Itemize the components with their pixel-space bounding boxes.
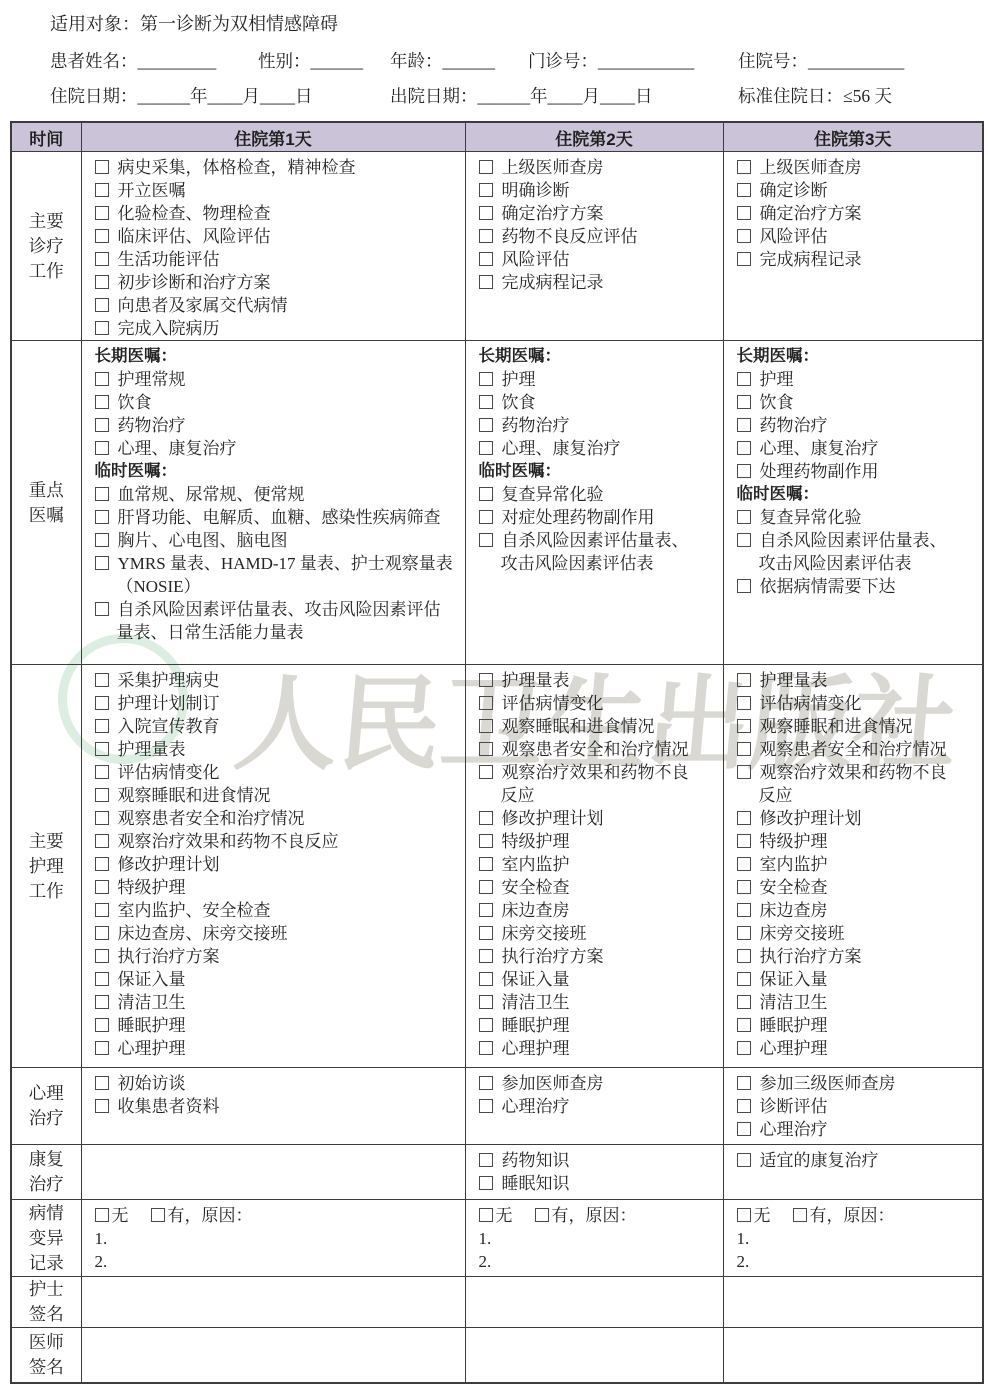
checklist-item: 保证入量 (479, 968, 693, 991)
checkbox[interactable] (95, 880, 109, 894)
numbered-blank-line: 2. (95, 1250, 457, 1273)
checkbox[interactable] (737, 765, 751, 779)
checklist-item-label: 明确诊断 (502, 181, 570, 200)
checklist-item-label: 采集护理病史 (118, 671, 220, 690)
checklist-item-label: 观察睡眠和进食情况 (760, 717, 913, 736)
order-type-heading: 长期医嘱： (737, 345, 953, 368)
checkbox[interactable] (479, 949, 493, 963)
checklist-item-label: 心理治疗 (760, 1120, 828, 1139)
checklist-item-label: 床边查房 (760, 901, 828, 920)
checklist-item-label: 特级护理 (760, 832, 828, 851)
checklist-item: 药物治疗 (737, 414, 953, 437)
col-header-day1: 住院第1天 (81, 122, 465, 152)
checklist-item: 护理量表 (479, 669, 693, 692)
section-label-line: 医师 (14, 1330, 79, 1355)
checklist-item-label: 执行治疗方案 (118, 947, 220, 966)
checklist-item-label: YMRS 量表、HAMD-17 量表、护士观察量表（NOSIE） (117, 554, 453, 596)
checklist-item-label: 护理量表 (502, 671, 570, 690)
cell-nurse-signature-day2 (465, 1277, 723, 1328)
checklist-item-label: 观察睡眠和进食情况 (118, 786, 271, 805)
order-type-heading: 临时医嘱： (95, 460, 457, 483)
checklist-item-label: 睡眠护理 (760, 1016, 828, 1035)
checkbox[interactable] (479, 696, 493, 710)
section-label-line: 重点 (14, 478, 79, 503)
section-label-nurse-signature: 护士签名 (11, 1277, 81, 1328)
checkbox[interactable] (737, 418, 751, 432)
checkbox[interactable] (95, 719, 109, 733)
checkbox[interactable] (479, 160, 493, 174)
section-label-line: 医嘱 (14, 503, 79, 528)
section-label-line: 变异 (14, 1226, 79, 1251)
variation-options: 无有，原因： (479, 1204, 693, 1227)
checkbox[interactable] (95, 926, 109, 940)
checkbox[interactable] (95, 556, 109, 570)
cell-main-nursing-work-day2: 护理量表评估病情变化观察睡眠和进食情况观察患者安全和治疗情况观察治疗效果和药物不… (465, 665, 723, 1068)
checklist-item: 修改护理计划 (95, 853, 457, 876)
checklist-item-label: 心理、康复治疗 (760, 439, 879, 458)
checkbox[interactable] (479, 183, 493, 197)
checkbox[interactable] (737, 857, 751, 871)
checklist-item-label: 饮食 (760, 393, 794, 412)
checklist-item-label: 护理计划制订 (118, 694, 220, 713)
checkbox[interactable] (479, 995, 493, 1009)
checklist-item: 心理护理 (95, 1037, 457, 1060)
clinical-pathway-document: 人民卫生出版社 适用对象：第一诊断为双相情感障碍 患者姓名：_________性… (0, 0, 988, 1392)
checklist-item: 适宜的康复治疗 (737, 1149, 953, 1172)
checklist-item-label: 初始访谈 (118, 1074, 186, 1093)
checklist-item: 确定诊断 (737, 179, 953, 202)
checkbox[interactable] (737, 1018, 751, 1032)
checkbox[interactable] (737, 1153, 751, 1167)
checkbox[interactable] (95, 903, 109, 917)
checklist-item: 心理治疗 (737, 1118, 953, 1141)
section-label-psychotherapy: 心理治疗 (11, 1068, 81, 1145)
section-label-line: 治疗 (14, 1172, 79, 1197)
checklist-item-label: 床旁交接班 (502, 924, 587, 943)
checklist-item-label: 向患者及家属交代病情 (118, 296, 288, 315)
option-yes-label: 有，原因： (168, 1206, 253, 1225)
checkbox[interactable] (95, 1076, 109, 1090)
cell-nurse-signature-day3 (723, 1277, 983, 1328)
checkbox[interactable] (95, 298, 109, 312)
checklist-item-label: 风险评估 (502, 250, 570, 269)
checkbox[interactable] (793, 1208, 807, 1222)
checkbox[interactable] (95, 1018, 109, 1032)
checkbox[interactable] (737, 811, 751, 825)
checklist-item-label: 开立医嘱 (118, 181, 186, 200)
checkbox[interactable] (95, 275, 109, 289)
checkbox[interactable] (95, 857, 109, 871)
checkbox[interactable] (479, 765, 493, 779)
checkbox[interactable] (479, 275, 493, 289)
checklist-item: 完成病程记录 (737, 248, 953, 271)
checkbox[interactable] (95, 533, 109, 547)
checklist-item: 药物治疗 (95, 414, 457, 437)
checklist-item: 入院宣传教育 (95, 715, 457, 738)
checkbox[interactable] (479, 487, 493, 501)
checklist-item-label: 修改护理计划 (118, 855, 220, 874)
checklist-item-label: 血常规、尿常规、便常规 (118, 485, 305, 504)
checklist-item: 观察睡眠和进食情况 (479, 715, 693, 738)
checklist-item: 护理常规 (95, 368, 457, 391)
checklist-item-label: 化验检查、物理检查 (118, 204, 271, 223)
checklist-item: 诊断评估 (737, 1095, 953, 1118)
checkbox[interactable] (479, 395, 493, 409)
section-label-line: 诊疗 (14, 234, 79, 259)
checkbox[interactable] (479, 903, 493, 917)
checkbox[interactable] (95, 183, 109, 197)
checkbox[interactable] (737, 1099, 751, 1113)
checklist-item: 保证入量 (95, 968, 457, 991)
checklist-item: 风险评估 (479, 248, 693, 271)
checkbox[interactable] (479, 880, 493, 894)
checklist-item-label: 观察治疗效果和药物不良反应 (501, 763, 689, 805)
checkbox[interactable] (479, 206, 493, 220)
checkbox[interactable] (95, 372, 109, 386)
cell-doctor-signature-day3 (723, 1328, 983, 1383)
section-label-doctor-signature: 医师签名 (11, 1328, 81, 1383)
option-none-label: 无 (112, 1206, 129, 1225)
checkbox[interactable] (737, 395, 751, 409)
checkbox[interactable] (737, 673, 751, 687)
checkbox[interactable] (535, 1208, 549, 1222)
section-label-line: 治疗 (14, 1106, 79, 1131)
checklist-item-label: 执行治疗方案 (502, 947, 604, 966)
section-label-key-orders: 重点医嘱 (11, 341, 81, 665)
table-header-row: 时间 住院第1天 住院第2天 住院第3天 (11, 122, 983, 152)
checkbox[interactable] (737, 972, 751, 986)
numbered-blank-line: 1. (95, 1227, 457, 1250)
checklist-item-label: 临床评估、风险评估 (118, 227, 271, 246)
checkbox[interactable] (479, 1041, 493, 1055)
checklist-item-label: 睡眠护理 (118, 1016, 186, 1035)
numbered-blank-line: 2. (479, 1250, 693, 1273)
checkbox[interactable] (95, 510, 109, 524)
checklist-item: 安全检查 (737, 876, 953, 899)
cell-doctor-signature-day1 (81, 1328, 465, 1383)
checkbox[interactable] (737, 926, 751, 940)
checkbox[interactable] (151, 1208, 165, 1222)
checklist-item-label: 风险评估 (760, 227, 828, 246)
checkbox[interactable] (479, 1099, 493, 1113)
checkbox[interactable] (95, 229, 109, 243)
checkbox[interactable] (95, 1041, 109, 1055)
numbered-blank-line: 2. (737, 1250, 953, 1273)
section-label-line: 记录 (14, 1251, 79, 1276)
checkbox[interactable] (737, 995, 751, 1009)
checkbox[interactable] (479, 742, 493, 756)
checklist-item: 完成入院病历 (95, 317, 457, 340)
checklist-item-label: 保证入量 (118, 970, 186, 989)
checklist-item-label: 执行治疗方案 (760, 947, 862, 966)
checklist-item: 收集患者资料 (95, 1095, 457, 1118)
section-label-line: 心理 (14, 1081, 79, 1106)
col-header-time: 时间 (11, 122, 81, 152)
checklist-item-label: 确定治疗方案 (760, 204, 862, 223)
checkbox[interactable] (479, 510, 493, 524)
checklist-item-label: 修改护理计划 (760, 809, 862, 828)
checklist-item-label: 胸片、心电图、脑电图 (118, 531, 288, 550)
checklist-item: 室内监护 (479, 853, 693, 876)
checklist-item-label: 清洁卫生 (118, 993, 186, 1012)
checklist-item-label: 自杀风险因素评估量表、攻击风险因素评估表 (501, 531, 689, 573)
checklist-item: 睡眠护理 (737, 1014, 953, 1037)
checkbox[interactable] (737, 719, 751, 733)
section-label-line: 工作 (14, 259, 79, 284)
cell-variation-record-day2: 无有，原因：1.2. (465, 1200, 723, 1277)
cell-key-orders-day3: 长期医嘱：护理饮食药物治疗心理、康复治疗处理药物副作用临时医嘱：复查异常化验自杀… (723, 341, 983, 665)
section-label-line: 签名 (14, 1302, 79, 1327)
variation-options: 无有，原因： (737, 1204, 953, 1227)
checklist-item-label: 自杀风险因素评估量表、攻击风险因素评估量表、日常生活能力量表 (117, 600, 441, 642)
checklist-item: 临床评估、风险评估 (95, 225, 457, 248)
checklist-item: 睡眠知识 (479, 1172, 693, 1195)
checklist-item-label: 入院宣传教育 (118, 717, 220, 736)
checklist-item: 睡眠护理 (479, 1014, 693, 1037)
checkbox[interactable] (737, 834, 751, 848)
section-label-line: 工作 (14, 879, 79, 904)
cell-key-orders-day1: 长期医嘱：护理常规饮食药物治疗心理、康复治疗临时医嘱：血常规、尿常规、便常规肝肾… (81, 341, 465, 665)
checkbox[interactable] (479, 441, 493, 455)
field-patient-name: 患者姓名：_________ (50, 48, 216, 73)
checkbox[interactable] (737, 372, 751, 386)
option-none: 无 (479, 1206, 513, 1225)
checkbox[interactable] (95, 252, 109, 266)
order-type-heading: 长期医嘱： (95, 345, 457, 368)
checklist-item-label: 病史采集，体格检查，精神检查 (118, 158, 356, 177)
checkbox[interactable] (737, 206, 751, 220)
checklist-item-label: 评估病情变化 (502, 694, 604, 713)
section-label-line: 康复 (14, 1147, 79, 1172)
checklist-item-label: 观察患者安全和治疗情况 (502, 740, 689, 759)
checklist-item: 明确诊断 (479, 179, 693, 202)
checkbox[interactable] (95, 487, 109, 501)
checklist-item: 修改护理计划 (737, 807, 953, 830)
checkbox[interactable] (737, 229, 751, 243)
checklist-item-label: 自杀风险因素评估量表、攻击风险因素评估表 (759, 531, 947, 573)
field-gender: 性别：______ (258, 48, 363, 73)
pathway-table: 时间 住院第1天 住院第2天 住院第3天 主要诊疗工作病史采集，体格检查，精神检… (10, 121, 984, 1384)
checkbox[interactable] (95, 765, 109, 779)
checklist-item-label: 饮食 (502, 393, 536, 412)
checklist-item: 修改护理计划 (479, 807, 693, 830)
checklist-item: 复查异常化验 (737, 506, 953, 529)
checklist-item: 护理 (479, 368, 693, 391)
checklist-item: 护理量表 (95, 738, 457, 761)
checklist-item: 心理、康复治疗 (95, 437, 457, 460)
checklist-item-label: 上级医师查房 (502, 158, 604, 177)
checklist-item-label: 评估病情变化 (118, 763, 220, 782)
checklist-item: 参加医师查房 (479, 1072, 693, 1095)
section-label-line: 主要 (14, 829, 79, 854)
checkbox[interactable] (737, 1122, 751, 1136)
option-none: 无 (95, 1206, 129, 1225)
checkbox[interactable] (95, 160, 109, 174)
checkbox[interactable] (479, 972, 493, 986)
checklist-item: 执行治疗方案 (479, 945, 693, 968)
checkbox[interactable] (479, 1076, 493, 1090)
checkbox[interactable] (95, 995, 109, 1009)
option-yes-label: 有，原因： (552, 1206, 637, 1225)
checklist-item-label: 观察治疗效果和药物不良反应 (759, 763, 947, 805)
checkbox[interactable] (737, 696, 751, 710)
checklist-item: 血常规、尿常规、便常规 (95, 483, 457, 506)
field-age: 年龄：______ (390, 48, 495, 73)
checkbox[interactable] (737, 1076, 751, 1090)
checkbox[interactable] (479, 673, 493, 687)
checklist-item-label: 参加医师查房 (502, 1074, 604, 1093)
checklist-item: 清洁卫生 (479, 991, 693, 1014)
order-type-heading: 临时医嘱： (479, 460, 693, 483)
checklist-item-label: 完成病程记录 (760, 250, 862, 269)
field-standard-stay: 标准住院日：≤56 天 (738, 83, 892, 108)
option-none: 无 (737, 1206, 771, 1225)
section-label-variation-record: 病情变异记录 (11, 1200, 81, 1277)
checkbox[interactable] (95, 696, 109, 710)
checkbox[interactable] (479, 719, 493, 733)
checkbox[interactable] (95, 949, 109, 963)
cell-main-nursing-work-day3: 护理量表评估病情变化观察睡眠和进食情况观察患者安全和治疗情况观察治疗效果和药物不… (723, 665, 983, 1068)
option-none-label: 无 (754, 1206, 771, 1225)
checkbox[interactable] (95, 834, 109, 848)
checklist-item: 复查异常化验 (479, 483, 693, 506)
checkbox[interactable] (737, 742, 751, 756)
checkbox[interactable] (737, 464, 751, 478)
cell-variation-record-day1: 无有，原因：1.2. (81, 1200, 465, 1277)
table-row-key-orders: 重点医嘱长期医嘱：护理常规饮食药物治疗心理、康复治疗临时医嘱：血常规、尿常规、便… (11, 341, 983, 665)
checkbox[interactable] (737, 160, 751, 174)
checkbox[interactable] (479, 857, 493, 871)
field-discharge-date: 出院日期：______年____月____日 (390, 83, 653, 108)
checkbox[interactable] (479, 372, 493, 386)
checklist-item-label: 室内监护、安全检查 (118, 901, 271, 920)
checklist-item-label: 护理 (502, 370, 536, 389)
checkbox[interactable] (95, 972, 109, 986)
numbered-blank-line: 1. (737, 1227, 953, 1250)
checkbox[interactable] (95, 673, 109, 687)
checkbox[interactable] (737, 1208, 751, 1222)
section-label-rehabilitation: 康复治疗 (11, 1145, 81, 1200)
checklist-item: 肝肾功能、电解质、血糖、感染性疾病筛查 (95, 506, 457, 529)
checklist-item-label: 室内监护 (502, 855, 570, 874)
checkbox[interactable] (95, 441, 109, 455)
checklist-item: YMRS 量表、HAMD-17 量表、护士观察量表（NOSIE） (95, 552, 457, 598)
checklist-item-label: 心理治疗 (502, 1097, 570, 1116)
checkbox[interactable] (479, 229, 493, 243)
section-label-main-nursing-work: 主要护理工作 (11, 665, 81, 1068)
checklist-item-label: 清洁卫生 (760, 993, 828, 1012)
checkbox[interactable] (737, 510, 751, 524)
checklist-item: 特级护理 (737, 830, 953, 853)
checkbox[interactable] (479, 1018, 493, 1032)
checklist-item-label: 完成病程记录 (502, 273, 604, 292)
checkbox[interactable] (737, 183, 751, 197)
checkbox[interactable] (95, 742, 109, 756)
checkbox[interactable] (95, 418, 109, 432)
checkbox[interactable] (479, 811, 493, 825)
checkbox[interactable] (479, 1153, 493, 1167)
checklist-item: 饮食 (95, 391, 457, 414)
checklist-item: 对症处理药物副作用 (479, 506, 693, 529)
checklist-item: 清洁卫生 (737, 991, 953, 1014)
checklist-item-label: 参加三级医师查房 (760, 1074, 896, 1093)
checklist-item: 观察治疗效果和药物不良反应 (479, 761, 693, 807)
cell-psychotherapy-day3: 参加三级医师查房诊断评估心理治疗 (723, 1068, 983, 1145)
checkbox[interactable] (479, 533, 493, 547)
checklist-item: 特级护理 (479, 830, 693, 853)
checkbox[interactable] (95, 1099, 109, 1113)
checkbox[interactable] (95, 811, 109, 825)
checklist-item: 执行治疗方案 (737, 945, 953, 968)
checkbox[interactable] (95, 602, 109, 616)
field-inpatient-no: 住院号：___________ (738, 48, 904, 73)
checkbox[interactable] (479, 834, 493, 848)
checkbox[interactable] (95, 321, 109, 335)
option-yes: 有，原因： (535, 1206, 637, 1225)
checkbox[interactable] (737, 1041, 751, 1055)
cell-variation-record-day3: 无有，原因：1.2. (723, 1200, 983, 1277)
checklist-item-label: 生活功能评估 (118, 250, 220, 269)
checklist-item-label: 处理药物副作用 (760, 462, 879, 481)
checklist-item-label: 床边查房 (502, 901, 570, 920)
checklist-item: 室内监护 (737, 853, 953, 876)
checkbox[interactable] (479, 1208, 493, 1222)
checkbox[interactable] (737, 579, 751, 593)
checklist-item-label: 复查异常化验 (760, 508, 862, 527)
checkbox[interactable] (479, 1176, 493, 1190)
checklist-item: 依据病情需要下达 (737, 575, 953, 598)
checkbox[interactable] (95, 395, 109, 409)
checklist-item: 初始访谈 (95, 1072, 457, 1095)
checklist-item: 护理 (737, 368, 953, 391)
checklist-item-label: 心理、康复治疗 (502, 439, 621, 458)
option-yes-label: 有，原因： (810, 1206, 895, 1225)
checklist-item: 初步诊断和治疗方案 (95, 271, 457, 294)
checklist-item-label: 确定治疗方案 (502, 204, 604, 223)
checklist-item-label: 观察睡眠和进食情况 (502, 717, 655, 736)
checklist-item: 开立医嘱 (95, 179, 457, 202)
cell-main-diagnosis-work-day3: 上级医师查房确定诊断确定治疗方案风险评估完成病程记录 (723, 152, 983, 341)
checklist-item: 睡眠护理 (95, 1014, 457, 1037)
checklist-item-label: 适宜的康复治疗 (760, 1151, 879, 1170)
order-type-heading: 临时医嘱： (737, 483, 953, 506)
checklist-item-label: 药物治疗 (118, 416, 186, 435)
checklist-item: 完成病程记录 (479, 271, 693, 294)
checkbox[interactable] (737, 880, 751, 894)
checkbox[interactable] (737, 949, 751, 963)
checklist-item-label: 心理、康复治疗 (118, 439, 237, 458)
checklist-item-label: 上级医师查房 (760, 158, 862, 177)
checkbox[interactable] (95, 206, 109, 220)
checkbox[interactable] (737, 252, 751, 266)
checkbox[interactable] (95, 788, 109, 802)
table-body: 主要诊疗工作病史采集，体格检查，精神检查开立医嘱化验检查、物理检查临床评估、风险… (11, 152, 983, 1383)
checklist-item-label: 复查异常化验 (502, 485, 604, 504)
checkbox[interactable] (479, 418, 493, 432)
checkbox[interactable] (737, 903, 751, 917)
checkbox[interactable] (479, 926, 493, 940)
checkbox[interactable] (479, 252, 493, 266)
checklist-item-label: 安全检查 (502, 878, 570, 897)
checklist-item-label: 安全检查 (760, 878, 828, 897)
checkbox[interactable] (737, 533, 751, 547)
checklist-item-label: 观察患者安全和治疗情况 (760, 740, 947, 759)
checklist-item-label: 护理量表 (760, 671, 828, 690)
checkbox[interactable] (737, 441, 751, 455)
checklist-item: 室内监护、安全检查 (95, 899, 457, 922)
checklist-item: 心理、康复治疗 (737, 437, 953, 460)
checkbox[interactable] (95, 1208, 109, 1222)
